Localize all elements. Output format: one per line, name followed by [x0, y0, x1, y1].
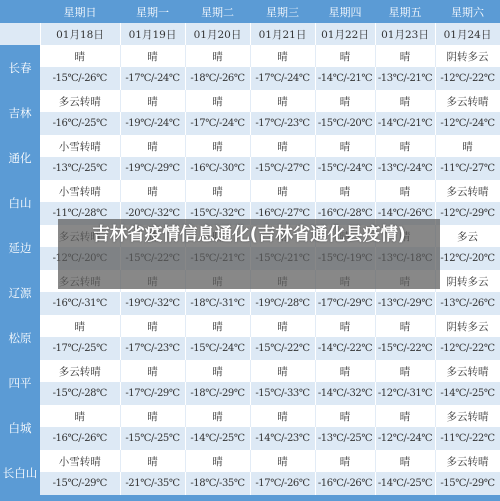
temperature-range-cell: -15℃/-29℃	[435, 472, 500, 495]
weather-condition-cell: 晴	[375, 360, 435, 382]
city-temperature-row: -16℃/-31℃-19℃/-32℃-18℃/-31℃-19℃/-28℃-17℃…	[0, 292, 500, 315]
date-row: 01月18日 01月19日 01月20日 01月21日 01月22日 01月23…	[0, 23, 500, 45]
weather-condition-cell: 晴	[120, 315, 185, 337]
temperature-range-cell: -15℃/-25℃	[120, 427, 185, 450]
weather-condition-cell: 晴	[250, 315, 315, 337]
temperature-range-cell: -12℃/-31℃	[375, 382, 435, 405]
city-name: 松原	[0, 315, 40, 360]
city-temperature-row: -17℃/-25℃-17℃/-23℃-15℃/-24℃-15℃/-22℃-14℃…	[0, 337, 500, 360]
city-weather-row: 白城晴晴晴晴晴晴多云转晴	[0, 405, 500, 427]
weekday-header-row: 星期日 星期一 星期二 星期三 星期四 星期五 星期六	[0, 0, 500, 23]
temperature-range-cell: -13℃/-24℃	[375, 157, 435, 180]
weather-condition-cell: 晴	[120, 180, 185, 202]
temperature-range-cell: -17℃/-24℃	[185, 112, 250, 135]
weather-condition-cell: 晴	[375, 90, 435, 112]
weather-condition-cell: 晴	[40, 315, 120, 337]
corner-cell	[0, 0, 40, 23]
weather-condition-cell: 晴	[250, 135, 315, 157]
weather-condition-cell: 晴	[315, 450, 375, 472]
temperature-range-cell: -17℃/-29℃	[120, 382, 185, 405]
city-name: 吉林	[0, 90, 40, 135]
temperature-range-cell: -17℃/-23℃	[120, 337, 185, 360]
temperature-range-cell: -14℃/-25℃	[375, 472, 435, 495]
temperature-range-cell: -18℃/-31℃	[185, 292, 250, 315]
temperature-range-cell: -11℃/-22℃	[435, 427, 500, 450]
date-cell: 01月19日	[120, 23, 185, 45]
weekday-header: 星期三	[250, 0, 315, 23]
weather-condition-cell: 晴	[315, 45, 375, 67]
temperature-range-cell: -16℃/-26℃	[40, 427, 120, 450]
city-temperature-row: -15℃/-28℃-17℃/-29℃-18℃/-29℃-15℃/-33℃-14℃…	[0, 382, 500, 405]
weather-condition-cell: 多云	[435, 225, 500, 247]
weather-condition-cell: 晴	[315, 405, 375, 427]
city-name: 延边	[0, 225, 40, 270]
temperature-range-cell: -17℃/-26℃	[250, 472, 315, 495]
temperature-range-cell: -13℃/-25℃	[40, 157, 120, 180]
temperature-range-cell: -15℃/-28℃	[40, 382, 120, 405]
weather-condition-cell: 晴	[185, 360, 250, 382]
weather-condition-cell: 晴	[185, 450, 250, 472]
weather-condition-cell: 晴	[120, 405, 185, 427]
city-weather-row: 四平多云转晴晴晴晴晴晴多云转晴	[0, 360, 500, 382]
weather-condition-cell: 阴转多云	[435, 315, 500, 337]
city-name: 长春	[0, 45, 40, 90]
weather-condition-cell: 晴	[250, 180, 315, 202]
temperature-range-cell: -12℃/-22℃	[435, 67, 500, 90]
weather-condition-cell: 晴	[185, 315, 250, 337]
weekday-header: 星期二	[185, 0, 250, 23]
temperature-range-cell: -15℃/-33℃	[250, 382, 315, 405]
temperature-range-cell: -12℃/-20℃	[435, 247, 500, 270]
city-weather-row: 吉林多云转晴晴晴晴晴晴多云转晴	[0, 90, 500, 112]
temperature-range-cell: -14℃/-21℃	[375, 112, 435, 135]
weather-condition-cell: 晴	[250, 45, 315, 67]
city-temperature-row: -15℃/-26℃-17℃/-24℃-18℃/-26℃-17℃/-24℃-14℃…	[0, 67, 500, 90]
date-cell: 01月18日	[40, 23, 120, 45]
temperature-range-cell: -13℃/-21℃	[375, 67, 435, 90]
weather-condition-cell: 晴	[435, 135, 500, 157]
temperature-range-cell: -13℃/-26℃	[435, 292, 500, 315]
weather-condition-cell: 晴	[250, 90, 315, 112]
city-name: 白山	[0, 180, 40, 225]
weather-condition-cell: 晴	[185, 405, 250, 427]
weather-condition-cell: 多云转晴	[40, 360, 120, 382]
temperature-range-cell: -19℃/-32℃	[120, 292, 185, 315]
weather-condition-cell: 晴	[315, 315, 375, 337]
temperature-range-cell: -16℃/-25℃	[40, 112, 120, 135]
weather-condition-cell: 晴	[315, 90, 375, 112]
article-title-overlay: 吉林省疫情信息通化(吉林省通化县疫情)	[58, 222, 440, 249]
city-temperature-row: -16℃/-25℃-19℃/-24℃-17℃/-24℃-17℃/-23℃-15℃…	[0, 112, 500, 135]
weather-condition-cell: 晴	[375, 315, 435, 337]
city-name: 白城	[0, 405, 40, 450]
weekday-header: 星期六	[435, 0, 500, 23]
weekday-header: 星期一	[120, 0, 185, 23]
weekday-header: 星期日	[40, 0, 120, 23]
temperature-range-cell: -18℃/-26℃	[185, 67, 250, 90]
weather-condition-cell: 晴	[120, 45, 185, 67]
temperature-range-cell: -17℃/-24℃	[120, 67, 185, 90]
weekday-header: 星期四	[315, 0, 375, 23]
temperature-range-cell: -15℃/-24℃	[315, 157, 375, 180]
city-weather-row: 长春晴晴晴晴晴晴阴转多云	[0, 45, 500, 67]
weather-condition-cell: 晴	[120, 135, 185, 157]
temperature-range-cell: -13℃/-29℃	[375, 292, 435, 315]
date-cell: 01月24日	[435, 23, 500, 45]
weather-condition-cell: 晴	[315, 180, 375, 202]
city-temperature-row: -15℃/-29℃-21℃/-35℃-18℃/-35℃-17℃/-26℃-16℃…	[0, 472, 500, 495]
temperature-range-cell: -15℃/-22℃	[375, 337, 435, 360]
weather-condition-cell: 晴	[250, 450, 315, 472]
temperature-range-cell: -14℃/-23℃	[250, 427, 315, 450]
weather-condition-cell: 晴	[375, 405, 435, 427]
city-temperature-row: -13℃/-25℃-19℃/-29℃-16℃/-30℃-15℃/-27℃-15℃…	[0, 157, 500, 180]
temperature-range-cell: -12℃/-22℃	[435, 337, 500, 360]
weather-condition-cell: 晴	[315, 360, 375, 382]
city-weather-row: 长白山小雪转晴晴晴晴晴晴多云转晴	[0, 450, 500, 472]
weather-condition-cell: 晴	[120, 360, 185, 382]
weather-condition-cell: 晴	[185, 135, 250, 157]
weather-condition-cell: 小雪转晴	[40, 180, 120, 202]
temperature-range-cell: -15℃/-22℃	[250, 337, 315, 360]
temperature-range-cell: -14℃/-32℃	[315, 382, 375, 405]
weather-condition-cell: 晴	[120, 90, 185, 112]
city-weather-row: 松原晴晴晴晴晴晴阴转多云	[0, 315, 500, 337]
temperature-range-cell: -14℃/-25℃	[185, 427, 250, 450]
weather-condition-cell: 晴	[375, 135, 435, 157]
weather-condition-cell: 晴	[185, 90, 250, 112]
weather-condition-cell: 晴	[315, 135, 375, 157]
weather-condition-cell: 晴	[185, 45, 250, 67]
temperature-range-cell: -15℃/-24℃	[185, 337, 250, 360]
weather-condition-cell: 阴转多云	[435, 270, 500, 292]
temperature-range-cell: -16℃/-30℃	[185, 157, 250, 180]
date-cell: 01月20日	[185, 23, 250, 45]
temperature-range-cell: -14℃/-21℃	[315, 67, 375, 90]
temperature-range-cell: -14℃/-25℃	[435, 382, 500, 405]
date-cell: 01月23日	[375, 23, 435, 45]
temperature-range-cell: -19℃/-29℃	[120, 157, 185, 180]
weather-condition-cell: 晴	[120, 450, 185, 472]
temperature-range-cell: -15℃/-26℃	[40, 67, 120, 90]
temperature-range-cell: -13℃/-25℃	[315, 427, 375, 450]
temperature-range-cell: -21℃/-35℃	[120, 472, 185, 495]
city-name: 通化	[0, 135, 40, 180]
temperature-range-cell: -17℃/-23℃	[250, 112, 315, 135]
weather-condition-cell: 多云转晴	[435, 90, 500, 112]
weather-condition-cell: 阴转多云	[435, 45, 500, 67]
weather-condition-cell: 多云转晴	[40, 90, 120, 112]
weather-condition-cell: 晴	[185, 180, 250, 202]
weather-condition-cell: 晴	[40, 405, 120, 427]
temperature-range-cell: -15℃/-29℃	[40, 472, 120, 495]
city-name: 辽源	[0, 270, 40, 315]
weather-condition-cell: 多云转晴	[435, 360, 500, 382]
temperature-range-cell: -15℃/-20℃	[315, 112, 375, 135]
temperature-range-cell: -11℃/-27℃	[435, 157, 500, 180]
corner-cell	[0, 23, 40, 45]
weather-condition-cell: 多云转晴	[435, 405, 500, 427]
temperature-range-cell: -15℃/-27℃	[250, 157, 315, 180]
temperature-range-cell: -17℃/-24℃	[250, 67, 315, 90]
temperature-range-cell: -17℃/-29℃	[315, 292, 375, 315]
temperature-range-cell: -12℃/-24℃	[375, 427, 435, 450]
temperature-range-cell: -18℃/-35℃	[185, 472, 250, 495]
weekday-header: 星期五	[375, 0, 435, 23]
weather-condition-cell: 多云转晴	[435, 180, 500, 202]
city-name: 四平	[0, 360, 40, 405]
temperature-range-cell: -16℃/-31℃	[40, 292, 120, 315]
city-name: 长白山	[0, 450, 40, 495]
date-cell: 01月21日	[250, 23, 315, 45]
weather-condition-cell: 小雪转晴	[40, 135, 120, 157]
weather-condition-cell: 晴	[40, 45, 120, 67]
date-cell: 01月22日	[315, 23, 375, 45]
weather-condition-cell: 晴	[250, 405, 315, 427]
weather-condition-cell: 多云转晴	[435, 450, 500, 472]
weather-condition-cell: 小雪转晴	[40, 450, 120, 472]
temperature-range-cell: -18℃/-29℃	[185, 382, 250, 405]
temperature-range-cell: -16℃/-26℃	[315, 472, 375, 495]
city-temperature-row: -16℃/-26℃-15℃/-25℃-14℃/-25℃-14℃/-23℃-13℃…	[0, 427, 500, 450]
weather-condition-cell: 晴	[375, 180, 435, 202]
temperature-range-cell: -12℃/-29℃	[435, 202, 500, 225]
temperature-range-cell: -14℃/-22℃	[315, 337, 375, 360]
weather-condition-cell: 晴	[375, 450, 435, 472]
temperature-range-cell: -19℃/-28℃	[250, 292, 315, 315]
weather-condition-cell: 晴	[375, 45, 435, 67]
weather-condition-cell: 晴	[250, 360, 315, 382]
temperature-range-cell: -19℃/-24℃	[120, 112, 185, 135]
city-weather-row: 白山小雪转晴晴晴晴晴晴多云转晴	[0, 180, 500, 202]
temperature-range-cell: -12℃/-24℃	[435, 112, 500, 135]
temperature-range-cell: -17℃/-25℃	[40, 337, 120, 360]
city-weather-row: 通化小雪转晴晴晴晴晴晴晴	[0, 135, 500, 157]
